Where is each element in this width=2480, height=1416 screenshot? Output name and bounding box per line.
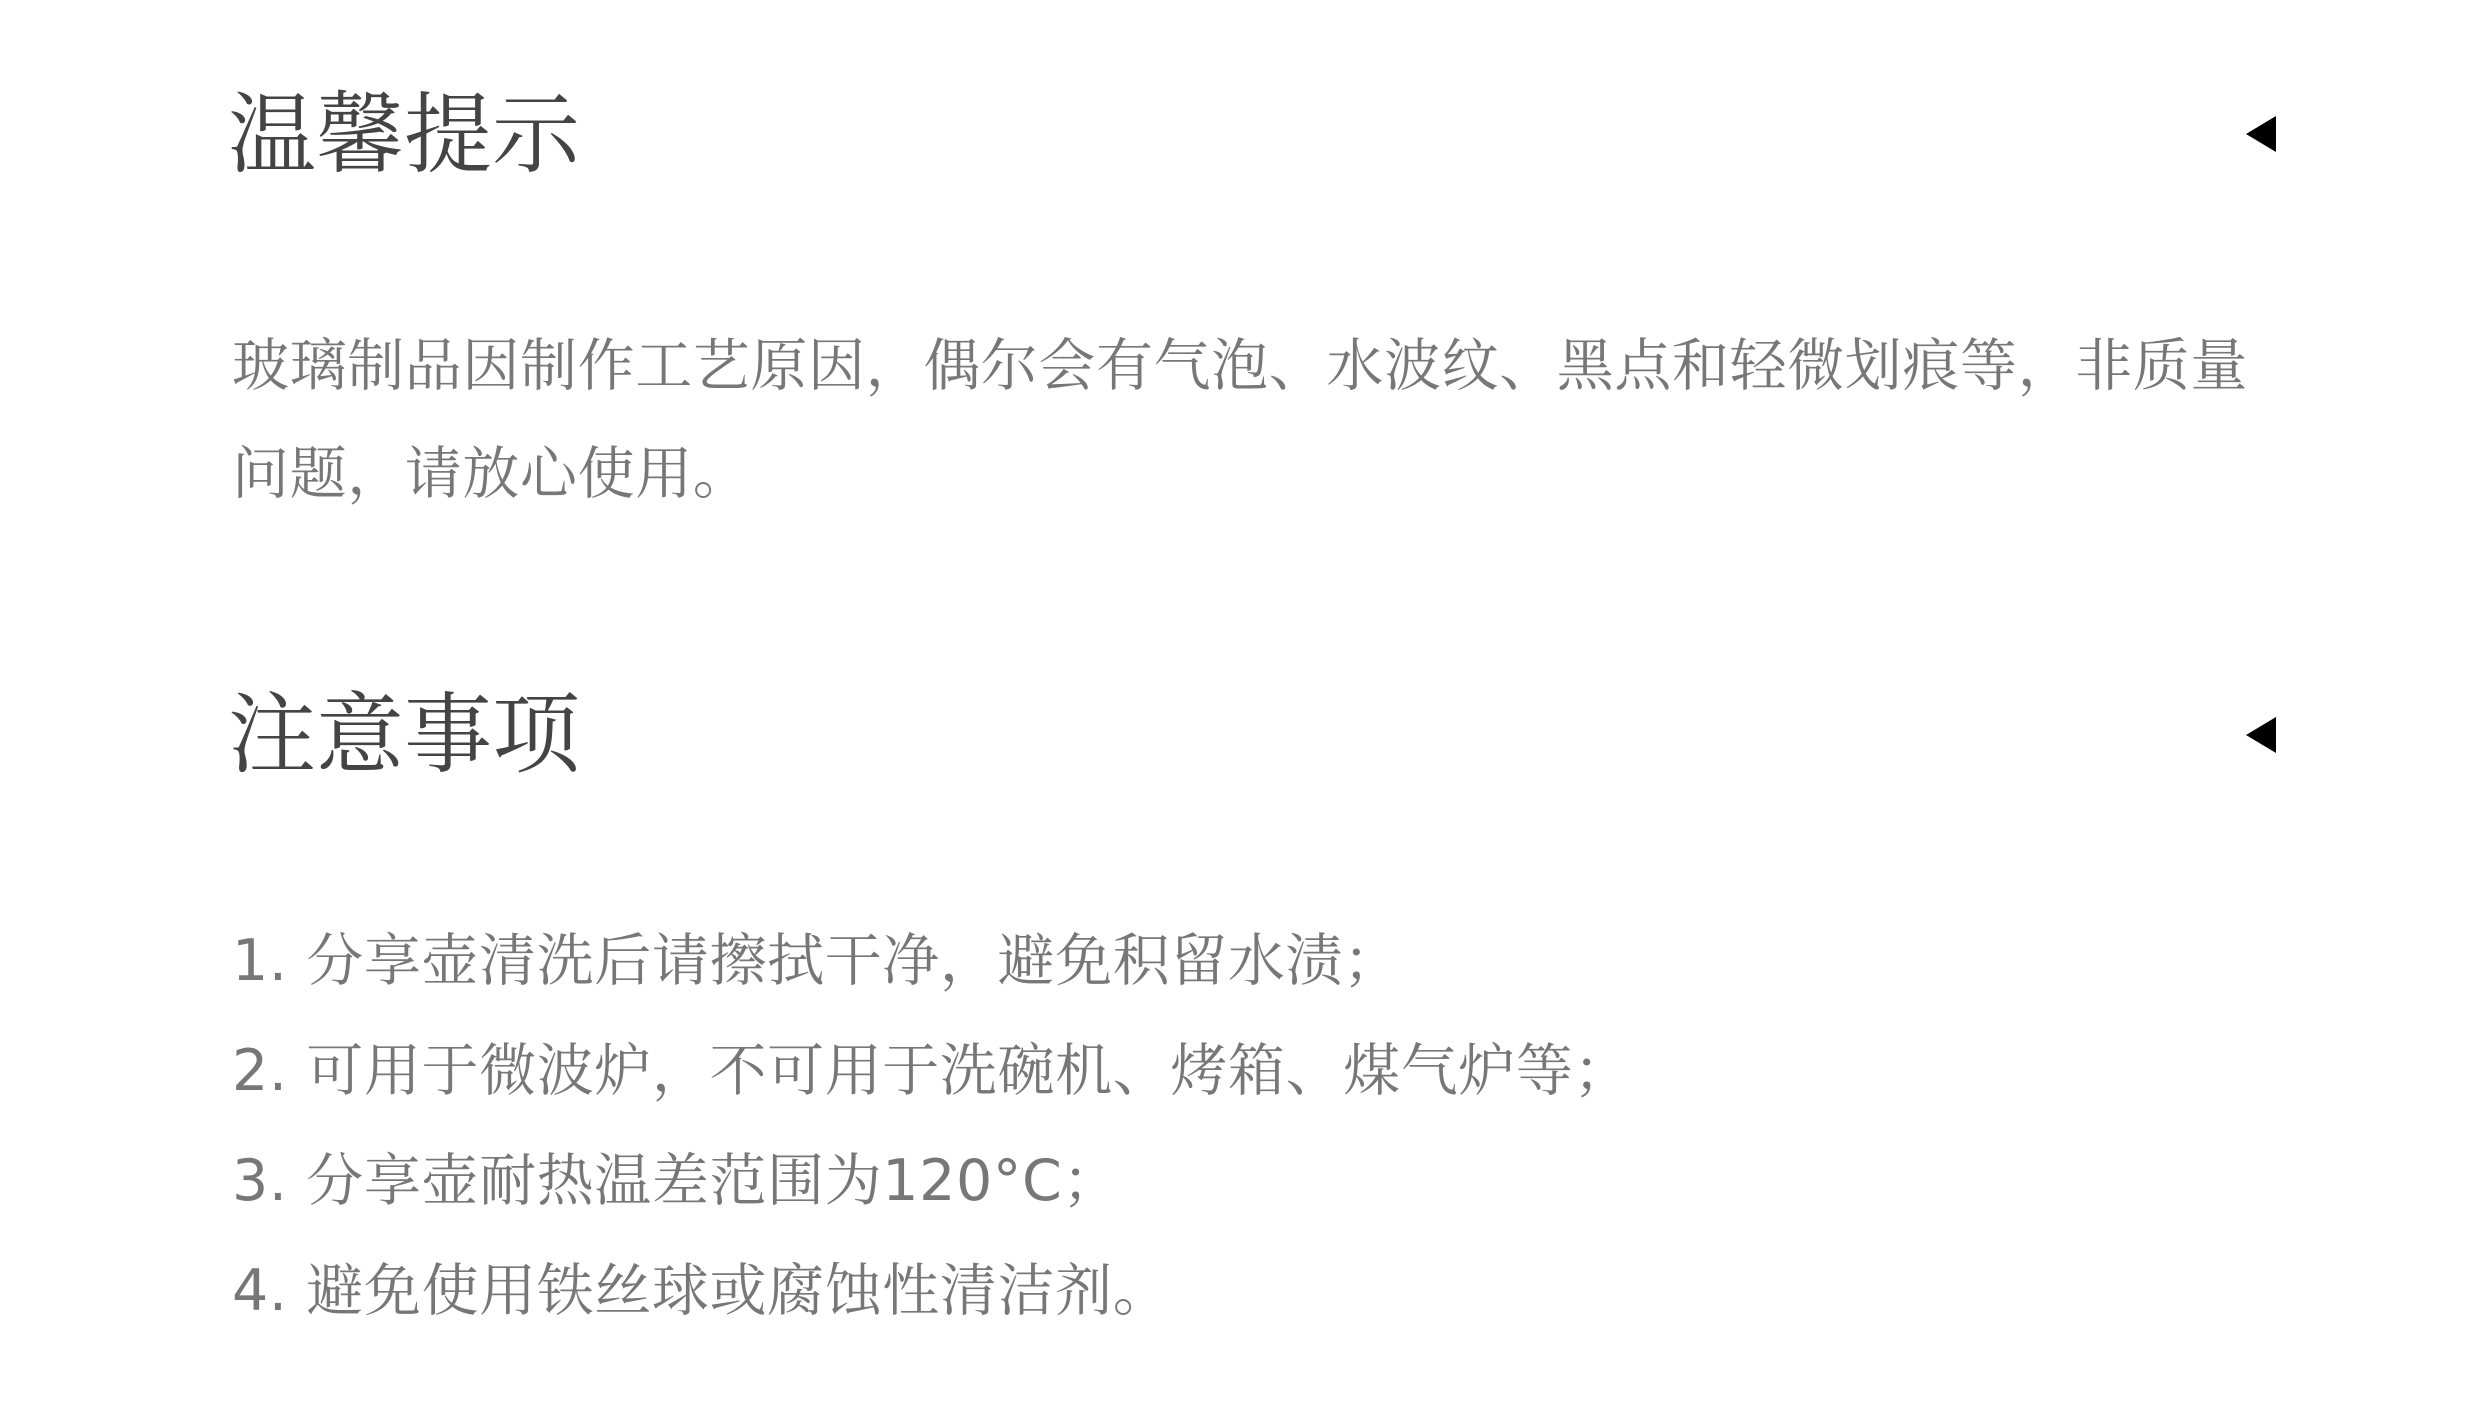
notes-list: 1. 分享壶清洗后请擦拭干净，避免积留水渍； 2. 可用于微波炉，不可用于洗碗机… <box>232 906 1631 1346</box>
notes-section-header[interactable]: 注意事项 <box>232 680 2312 790</box>
tips-paragraph: 玻璃制品因制作工艺原因，偶尔会有气泡、水波纹、黑点和轻微划痕等，非质量问题，请放… <box>232 312 2292 528</box>
caret-left-icon[interactable] <box>2246 717 2276 753</box>
tips-section-title: 温馨提示 <box>228 80 580 190</box>
list-item: 2. 可用于微波炉，不可用于洗碗机、烤箱、煤气炉等； <box>232 1016 1631 1126</box>
notes-section: 注意事项 1. 分享壶清洗后请擦拭干净，避免积留水渍； 2. 可用于微波炉，不可… <box>232 680 2312 790</box>
caret-left-icon[interactable] <box>2246 116 2276 152</box>
tips-section-header[interactable]: 温馨提示 <box>232 80 2312 190</box>
list-item: 1. 分享壶清洗后请擦拭干净，避免积留水渍； <box>232 906 1631 1016</box>
notes-section-title: 注意事项 <box>228 680 580 790</box>
list-item: 3. 分享壶耐热温差范围为120°C； <box>232 1126 1631 1236</box>
list-item: 4. 避免使用铁丝球或腐蚀性清洁剂。 <box>232 1236 1631 1346</box>
tips-section: 温馨提示 玻璃制品因制作工艺原因，偶尔会有气泡、水波纹、黑点和轻微划痕等，非质量… <box>232 80 2312 190</box>
